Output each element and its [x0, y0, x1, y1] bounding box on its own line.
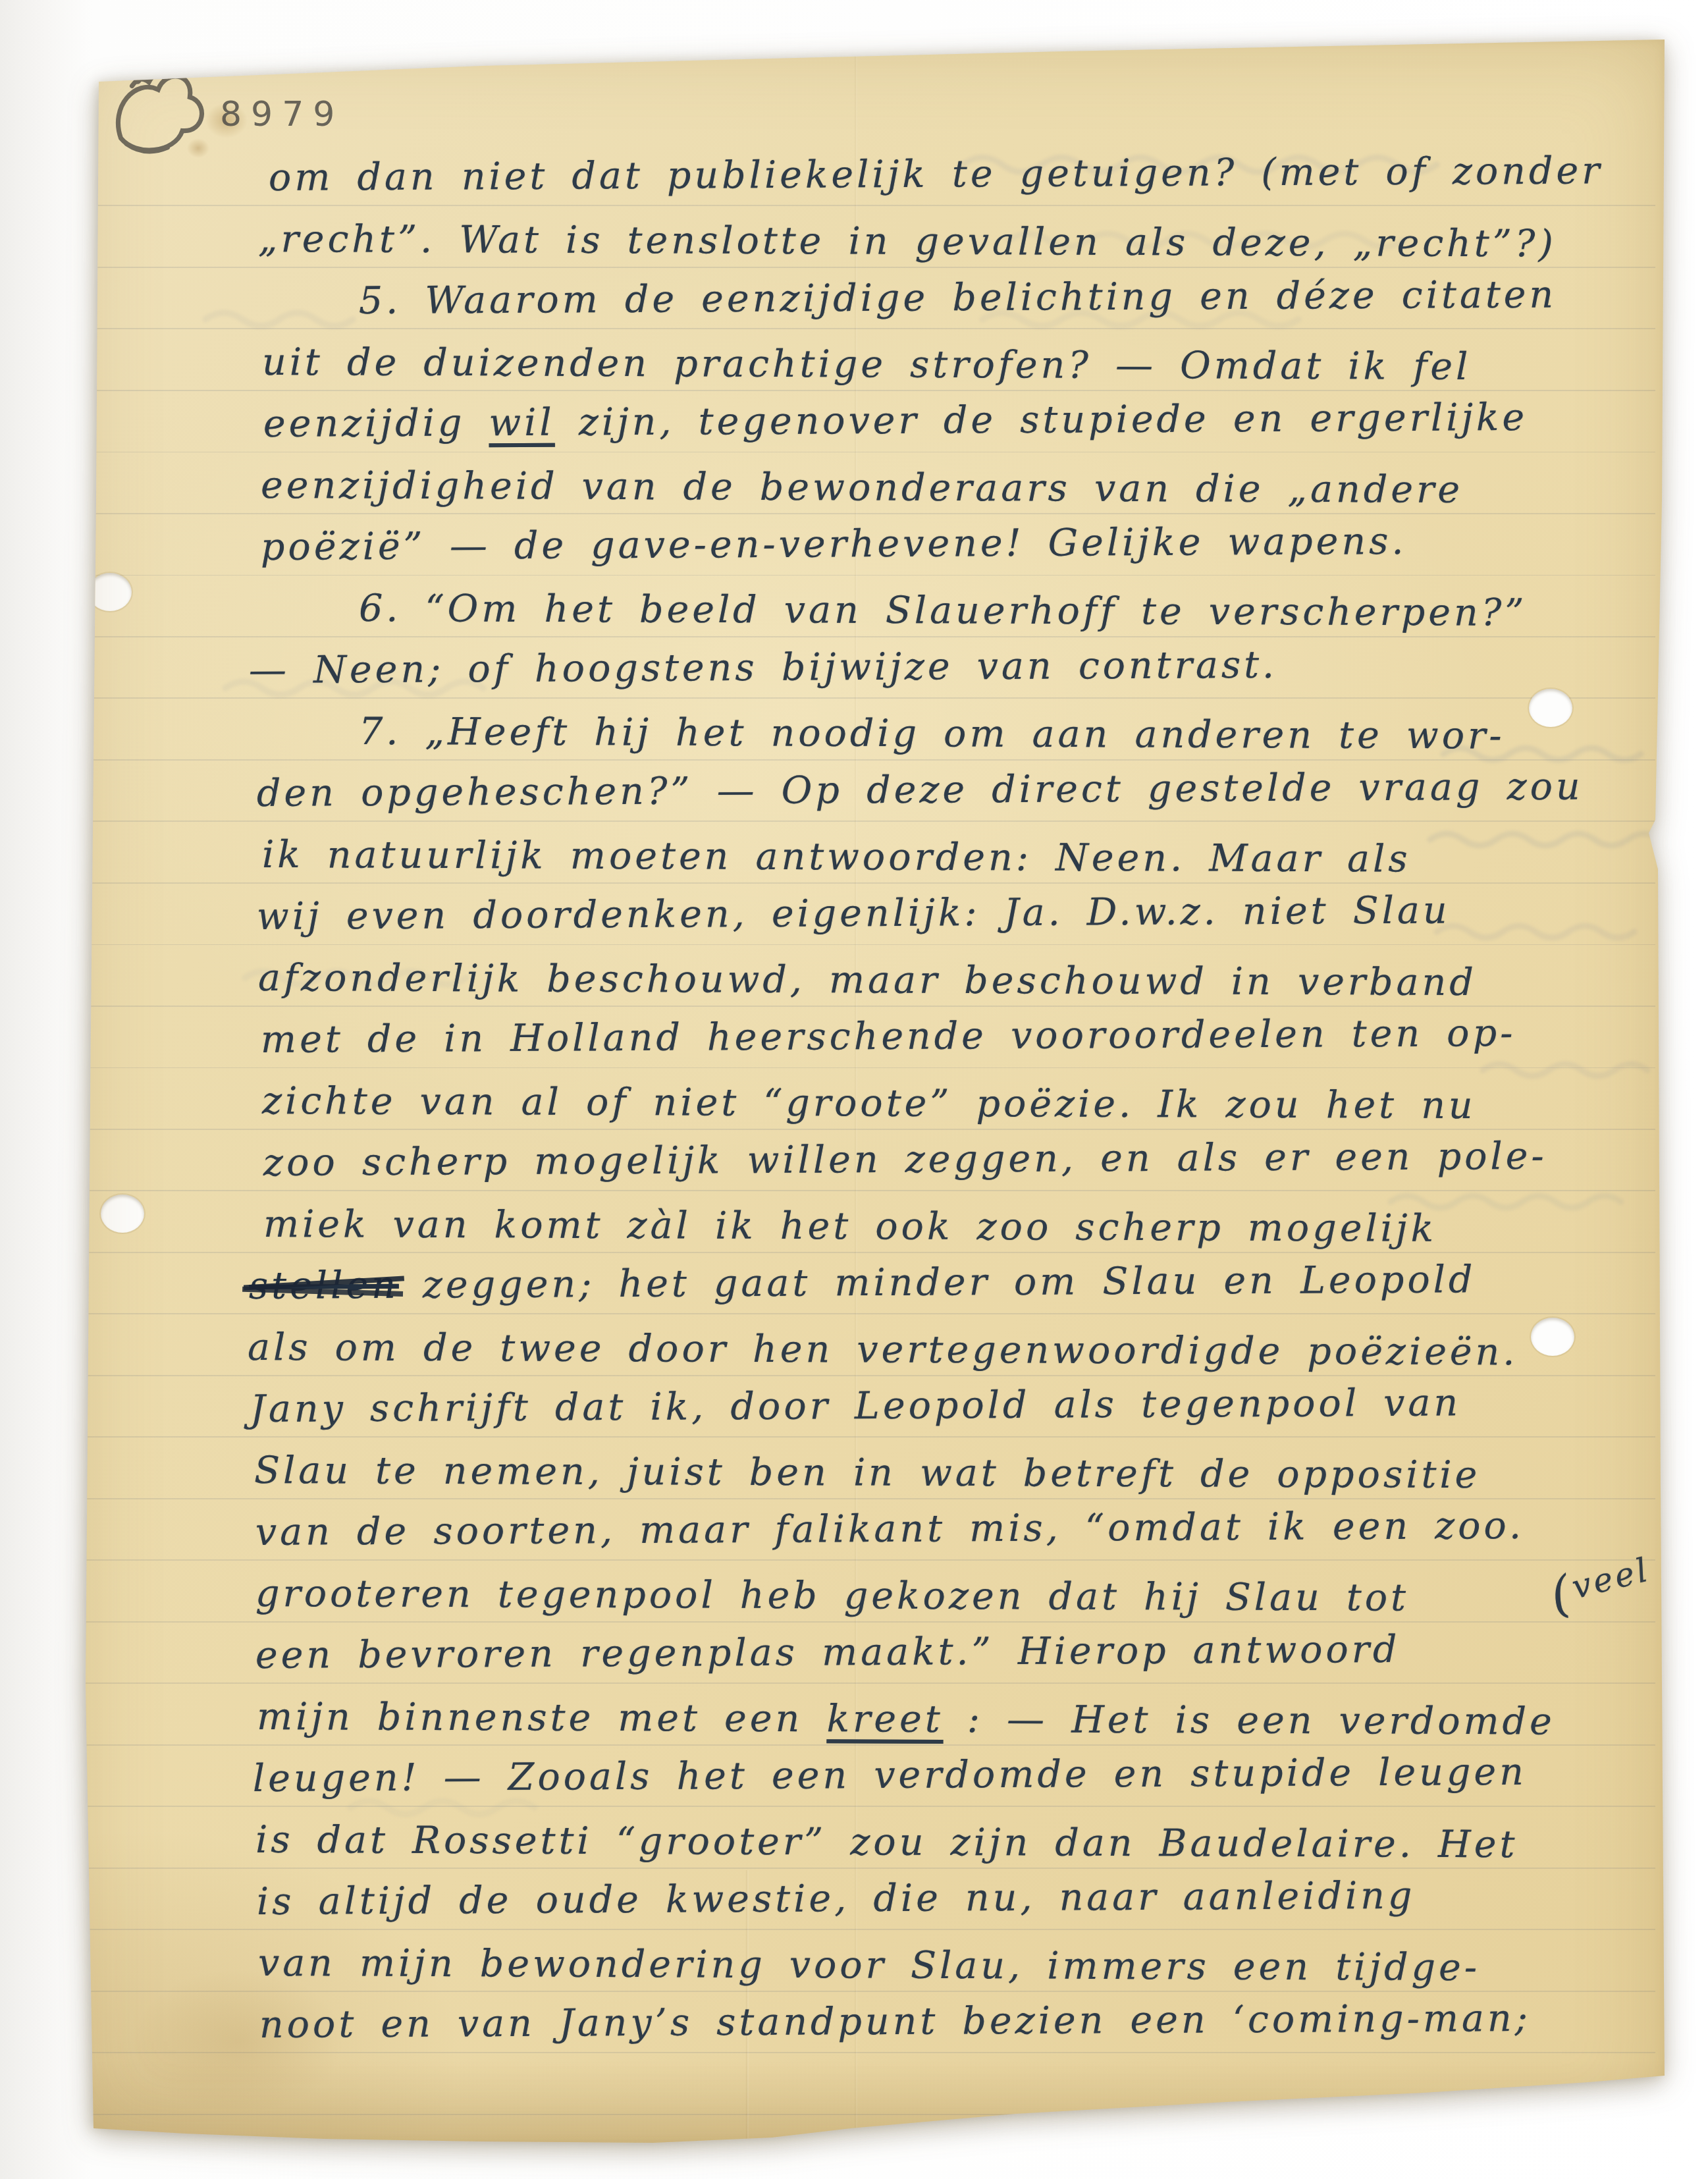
struck-word-text: stellen [249, 1264, 399, 1308]
manuscript-line-25: een bevroren regenplas maakt.” Hierop an… [255, 1628, 1401, 1678]
manuscript-line-30: van mijn bewondering voor Slau, immers e… [258, 1942, 1480, 1990]
manuscript-line-19: stellen zeggen; het gaat minder om Slau … [249, 1258, 1476, 1308]
manuscript-line-10: 7. „Heeft hij het noodig om aan anderen … [359, 711, 1505, 758]
manuscript-line-23: van de soorten, maar falikant mis, “omda… [255, 1505, 1524, 1555]
manuscript-line-5: eenzijdig wil zijn, tegenover de stupied… [263, 396, 1528, 446]
manuscript-page: 8979 om dan niet dat publiekelijk te get… [74, 40, 1665, 2144]
manuscript-line-27: leugen! — Zooals het een verdomde en stu… [253, 1751, 1527, 1801]
struck-word: stellen [249, 1264, 399, 1308]
manuscript-line-11: den opgeheschen?” — Op deze direct geste… [257, 765, 1584, 815]
manuscript-line-6: eenzijdigheid van de bewonderaars van di… [261, 464, 1463, 512]
page-backdrop: 8979 om dan niet dat publiekelijk te get… [0, 0, 1708, 2179]
manuscript-line-29: is altijd de oude kwestie, die nu, naar … [257, 1875, 1416, 1924]
manuscript-line-12: ik natuurlijk moeten antwoorden: Neen. M… [262, 834, 1411, 881]
manuscript-line-15: met de in Holland heerschende vooroordee… [261, 1012, 1516, 1062]
manuscript-line-1: om dan niet dat publiekelijk te getuigen… [269, 149, 1603, 200]
manuscript-line-21: Jany schrijft dat ik, door Leopold als t… [250, 1382, 1461, 1431]
line-text: mijn binnenste met een [257, 1695, 827, 1740]
manuscript-line-16: zichte van al of niet “groote” poëzie. I… [262, 1080, 1476, 1128]
manuscript-line-28: is dat Rossetti “grooter” zou zijn dan B… [255, 1819, 1518, 1867]
manuscript-line-22: Slau te nemen, juist ben in wat betreft … [254, 1449, 1481, 1497]
manuscript-line-26: mijn binnenste met een kreet : — Het is … [257, 1696, 1555, 1744]
line-text: eenzijdig [263, 401, 489, 446]
manuscript-line-8: 6. “Om het beeld van Slauerhoff te versc… [359, 587, 1528, 635]
manuscript-line-2: „recht”. Wat is tenslotte in gevallen al… [258, 218, 1557, 266]
manuscript-line-7: poëzië” — de gave-en-verhevene! Gelijke … [261, 520, 1407, 570]
manuscript-line-24: grooteren tegenpool heb gekozen dat hij … [255, 1573, 1409, 1620]
manuscript-line-3: 5. Waarom de eenzijdige belichting en dé… [359, 273, 1557, 323]
line-text: : — Het is een verdomde [944, 1698, 1555, 1744]
underlined-word: wil [489, 401, 555, 445]
underlined-word: kreet [826, 1697, 943, 1741]
manuscript-text: om dan niet dat publiekelijk te getuigen… [74, 40, 1665, 2144]
manuscript-line-20: als om de twee door hen vertegenwoordigd… [248, 1326, 1518, 1374]
manuscript-line-31: noot en van Jany’s standpunt bezien een … [259, 1997, 1531, 2047]
manuscript-page-wrap: 8979 om dan niet dat publiekelijk te get… [74, 40, 1665, 2144]
manuscript-line-14: afzonderlijk beschouwd, maar beschouwd i… [258, 957, 1477, 1005]
manuscript-line-13: wij even doordenken, eigenlijk: Ja. D.w.… [257, 890, 1451, 939]
manuscript-line-4: uit de duizenden prachtige strofen? — Om… [262, 341, 1472, 389]
manuscript-line-17: zoo scherp mogelijk willen zeggen, en al… [263, 1135, 1547, 1185]
line-text: zeggen; het gaat minder om Slau en Leopo… [399, 1258, 1476, 1307]
manuscript-line-9: — Neen; of hoogstens bijwijze van contra… [249, 644, 1277, 693]
manuscript-line-18: miek van komt zàl ik het ook zoo scherp … [263, 1203, 1437, 1251]
line-text: zijn, tegenover de stupiede en ergerlijk… [555, 396, 1528, 444]
